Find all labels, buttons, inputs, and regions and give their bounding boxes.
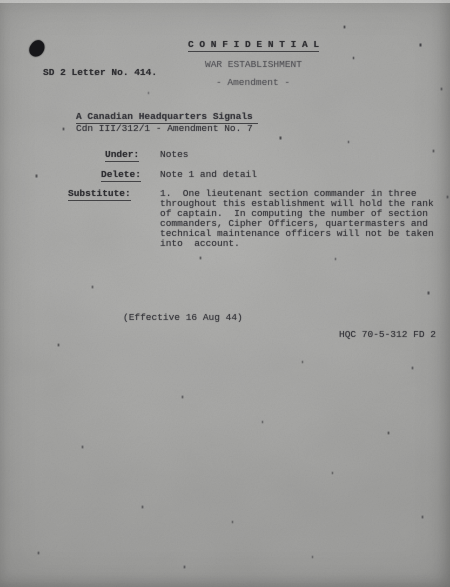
- delete-value: Note 1 and detail: [160, 170, 257, 180]
- substitute-text: 1. One lieutenant section commander in t…: [160, 189, 450, 249]
- establishment-heading: WAR ESTABLISHMENT: [205, 60, 302, 70]
- scanned-document-page: C O N F I D E N T I A L WAR ESTABLISHMEN…: [0, 0, 450, 587]
- scan-speckles: [0, 0, 1, 2]
- under-label: Under:: [105, 150, 139, 162]
- file-reference: HQC 70-5-312 FD 2: [339, 330, 436, 340]
- scan-grain-overlay: [0, 0, 450, 587]
- classification-heading: C O N F I D E N T I A L: [188, 40, 319, 52]
- punch-hole-mark: [26, 37, 47, 59]
- letter-number: SD 2 Letter No. 414.: [43, 68, 157, 78]
- effective-date-note: (Effective 16 Aug 44): [123, 313, 243, 323]
- unit-reference: Cdn III/312/1 - Amendment No. 7: [76, 124, 253, 134]
- substitute-label: Substitute:: [68, 189, 131, 201]
- delete-label: Delete:: [101, 170, 141, 182]
- under-value: Notes: [160, 150, 189, 160]
- amendment-heading: - Amendment -: [216, 78, 290, 88]
